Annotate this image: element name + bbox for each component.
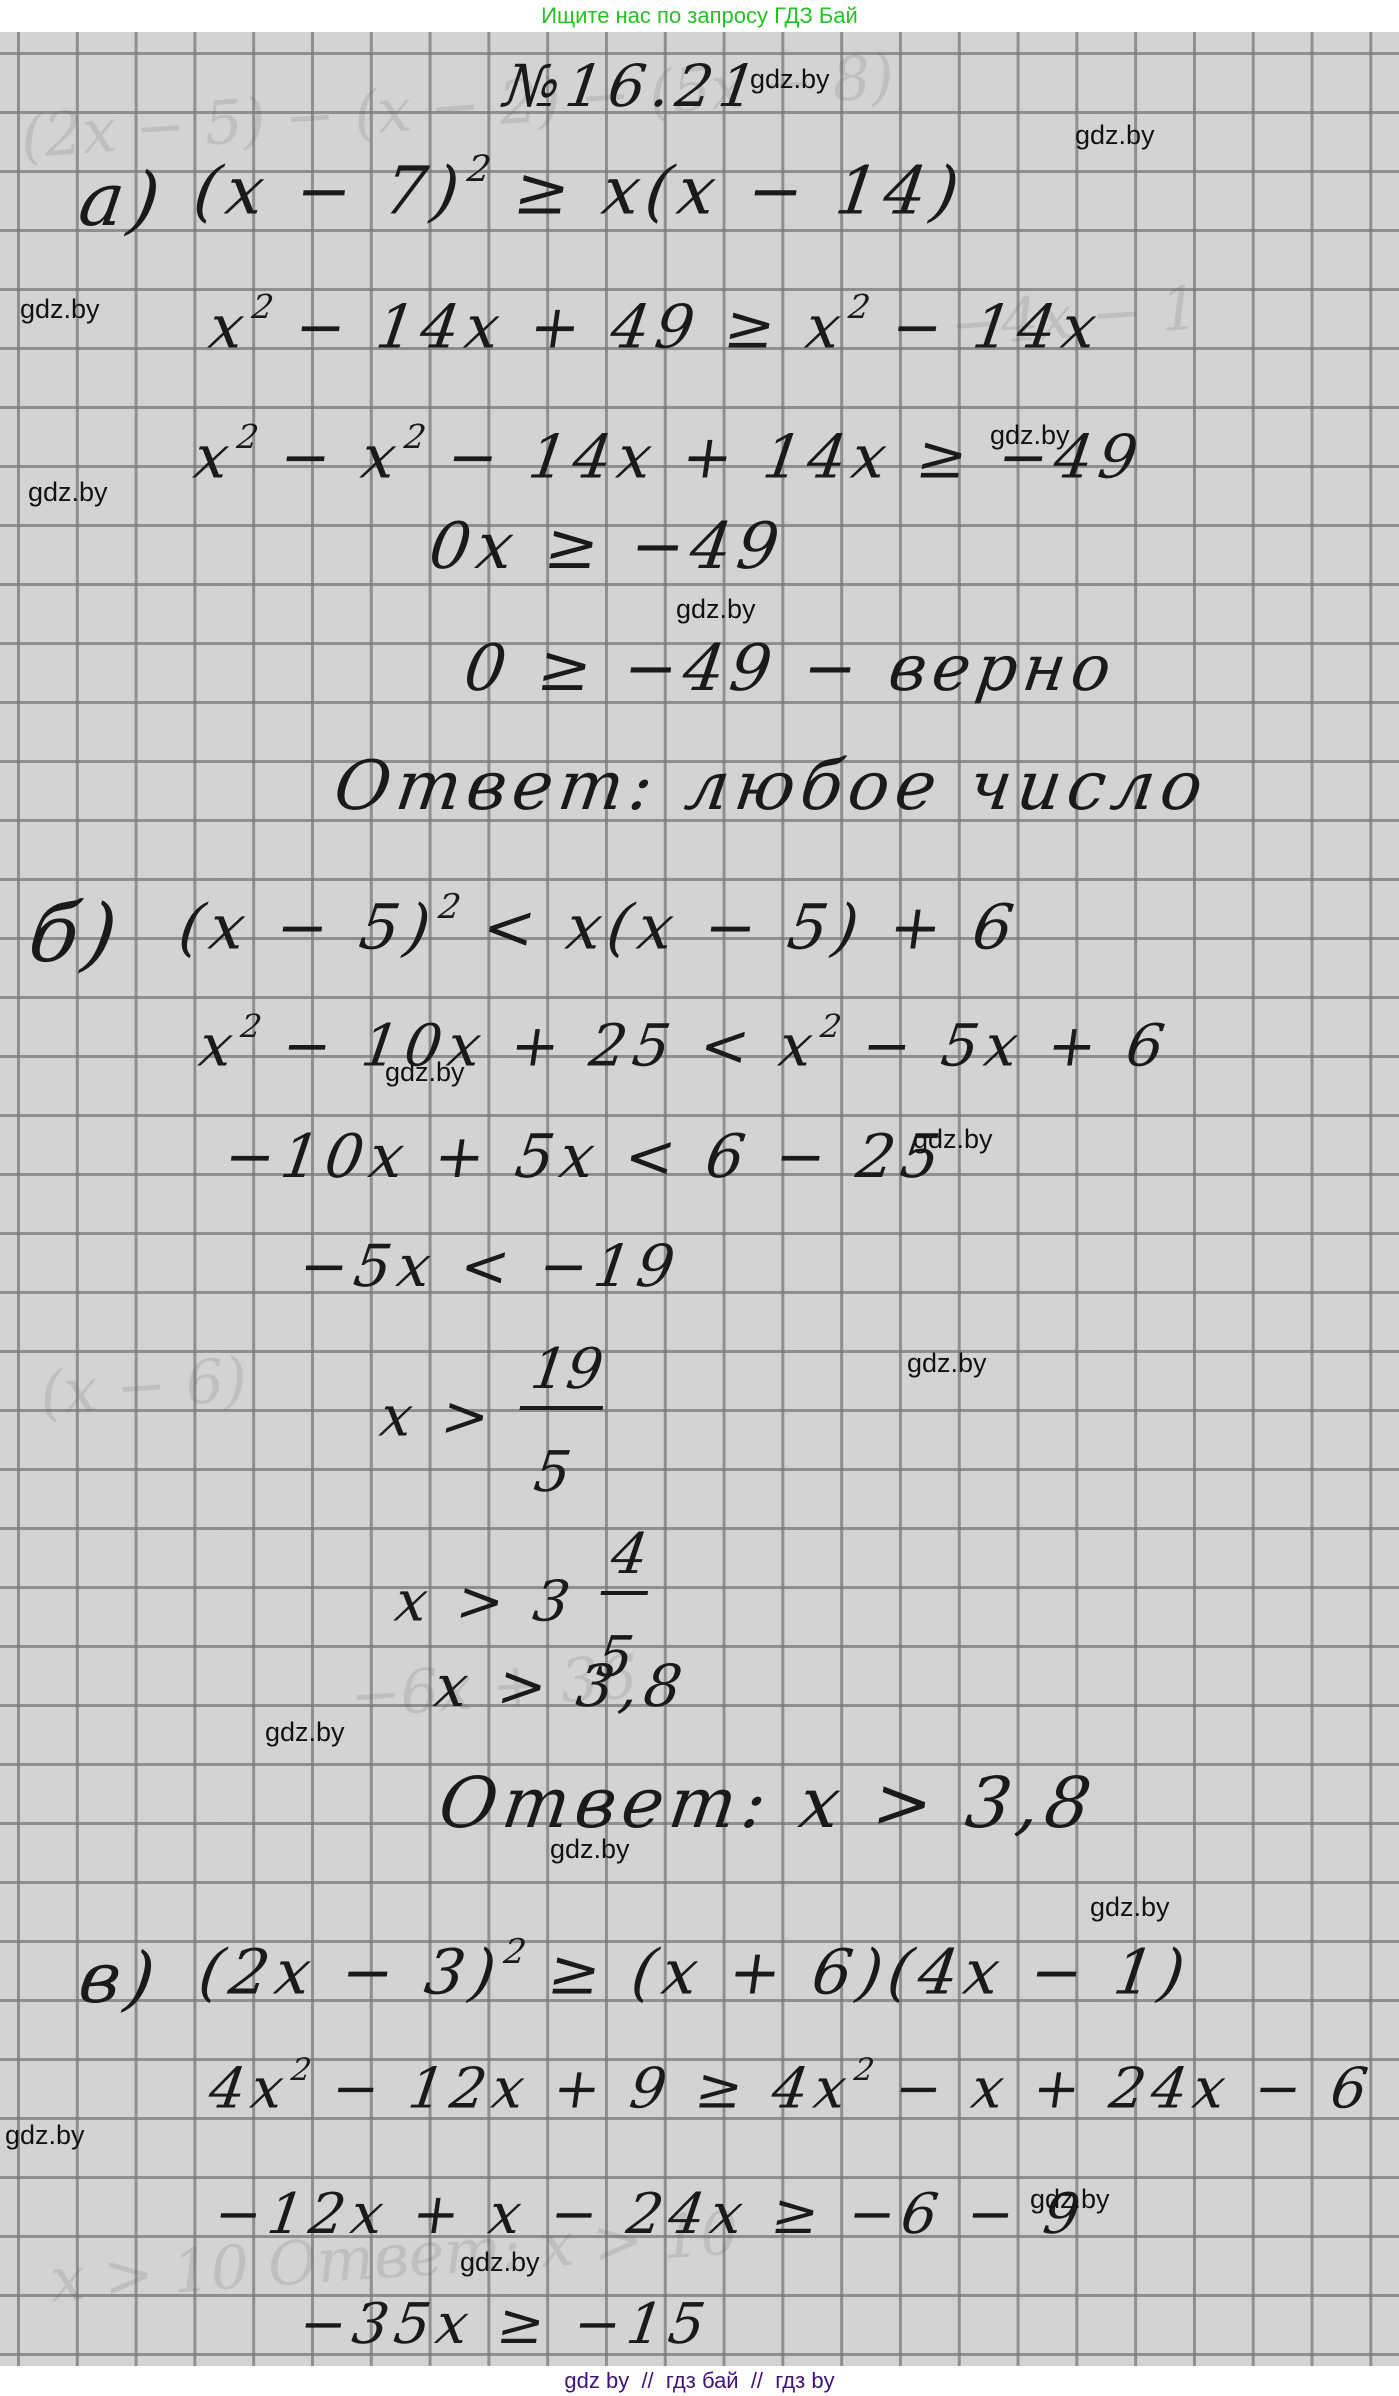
watermark: gdz.by bbox=[907, 1348, 987, 1379]
graph-paper-scan: (2x − 5) − (x − 2) − (5x − 8) −4x − 1 (x… bbox=[0, 32, 1399, 2366]
fraction: 19 5 bbox=[506, 1337, 613, 1505]
part-a-line-1: (x − 7)2 ≥ x(x − 14) bbox=[189, 147, 970, 230]
part-c-line-3: −12x + x − 24x ≥ −6 − 9 bbox=[210, 2182, 1090, 2247]
part-a-answer: Ответ: любое число bbox=[329, 747, 1213, 826]
part-b-decimal-step: x > 3,8 bbox=[430, 1652, 692, 1720]
part-c-line-2: 4x2 − 12x + 9 ≥ 4x2 − x + 24x − 6 bbox=[205, 2052, 1378, 2122]
problem-number: №16.21 bbox=[500, 52, 766, 120]
watermark: gdz.by bbox=[913, 1124, 993, 1155]
part-a-line-4: 0x ≥ −49 bbox=[425, 510, 790, 584]
part-b-line-3: −10x + 5x < 6 − 25 bbox=[220, 1122, 950, 1192]
fraction-lhs: x > bbox=[376, 1385, 499, 1450]
watermark: gdz.by bbox=[385, 1057, 465, 1088]
watermark: gdz.by bbox=[28, 477, 108, 508]
watermark: gdz.by bbox=[265, 1717, 345, 1748]
watermark: gdz.by bbox=[990, 420, 1070, 451]
fraction-numerator: 19 bbox=[520, 1337, 614, 1410]
watermark: gdz.by bbox=[750, 64, 830, 95]
part-c-line-4: −35x ≥ −15 bbox=[295, 2292, 715, 2357]
top-banner-text: Ищите нас по запросу ГДЗ Бай bbox=[541, 3, 858, 28]
watermark: gdz.by bbox=[1090, 1892, 1170, 1923]
part-a-line-2: x2 − 14x + 49 ≥ x2 − 14x bbox=[205, 287, 1108, 363]
part-b-label: б) bbox=[23, 887, 128, 980]
part-c-label: в) bbox=[74, 1937, 166, 2019]
part-b-line-1: (x − 5)2 < x(x − 5) + 6 bbox=[175, 887, 1025, 964]
part-b-line-2: x2 − 10x + 25 < x2 − 5x + 6 bbox=[195, 1007, 1175, 1080]
part-b-fraction-step: x > 19 5 bbox=[368, 1337, 613, 1505]
bottom-banner: gdz by // гдз бай // гдз by bbox=[0, 2366, 1399, 2396]
show-through-ink: (x − 6) bbox=[38, 1345, 250, 1429]
part-a-label: а) bbox=[74, 157, 171, 243]
watermark: gdz.by bbox=[20, 294, 100, 325]
fraction-denominator: 5 bbox=[506, 1410, 603, 1505]
bottom-banner-text: gdz by // гдз бай // гдз by bbox=[564, 2368, 834, 2393]
mixed-numerator: 4 bbox=[600, 1522, 658, 1595]
watermark: gdz.by bbox=[1075, 120, 1155, 151]
part-b-answer: Ответ: x > 3,8 bbox=[434, 1762, 1102, 1844]
part-c-line-1: (2x − 3)2 ≥ (x + 6)(4x − 1) bbox=[195, 1932, 1196, 2009]
watermark: gdz.by bbox=[676, 594, 756, 625]
part-b-line-4: −5x < −19 bbox=[295, 1232, 685, 1300]
watermark: gdz.by bbox=[1030, 2184, 1110, 2215]
mixed-lhs: x > 3 bbox=[391, 1570, 580, 1635]
watermark: gdz.by bbox=[5, 2120, 85, 2151]
top-banner: Ищите нас по запросу ГДЗ Бай bbox=[0, 0, 1399, 32]
part-a-line-5: 0 ≥ −49 − верно bbox=[460, 632, 1122, 706]
watermark: gdz.by bbox=[550, 1834, 630, 1865]
watermark: gdz.by bbox=[460, 2247, 540, 2278]
